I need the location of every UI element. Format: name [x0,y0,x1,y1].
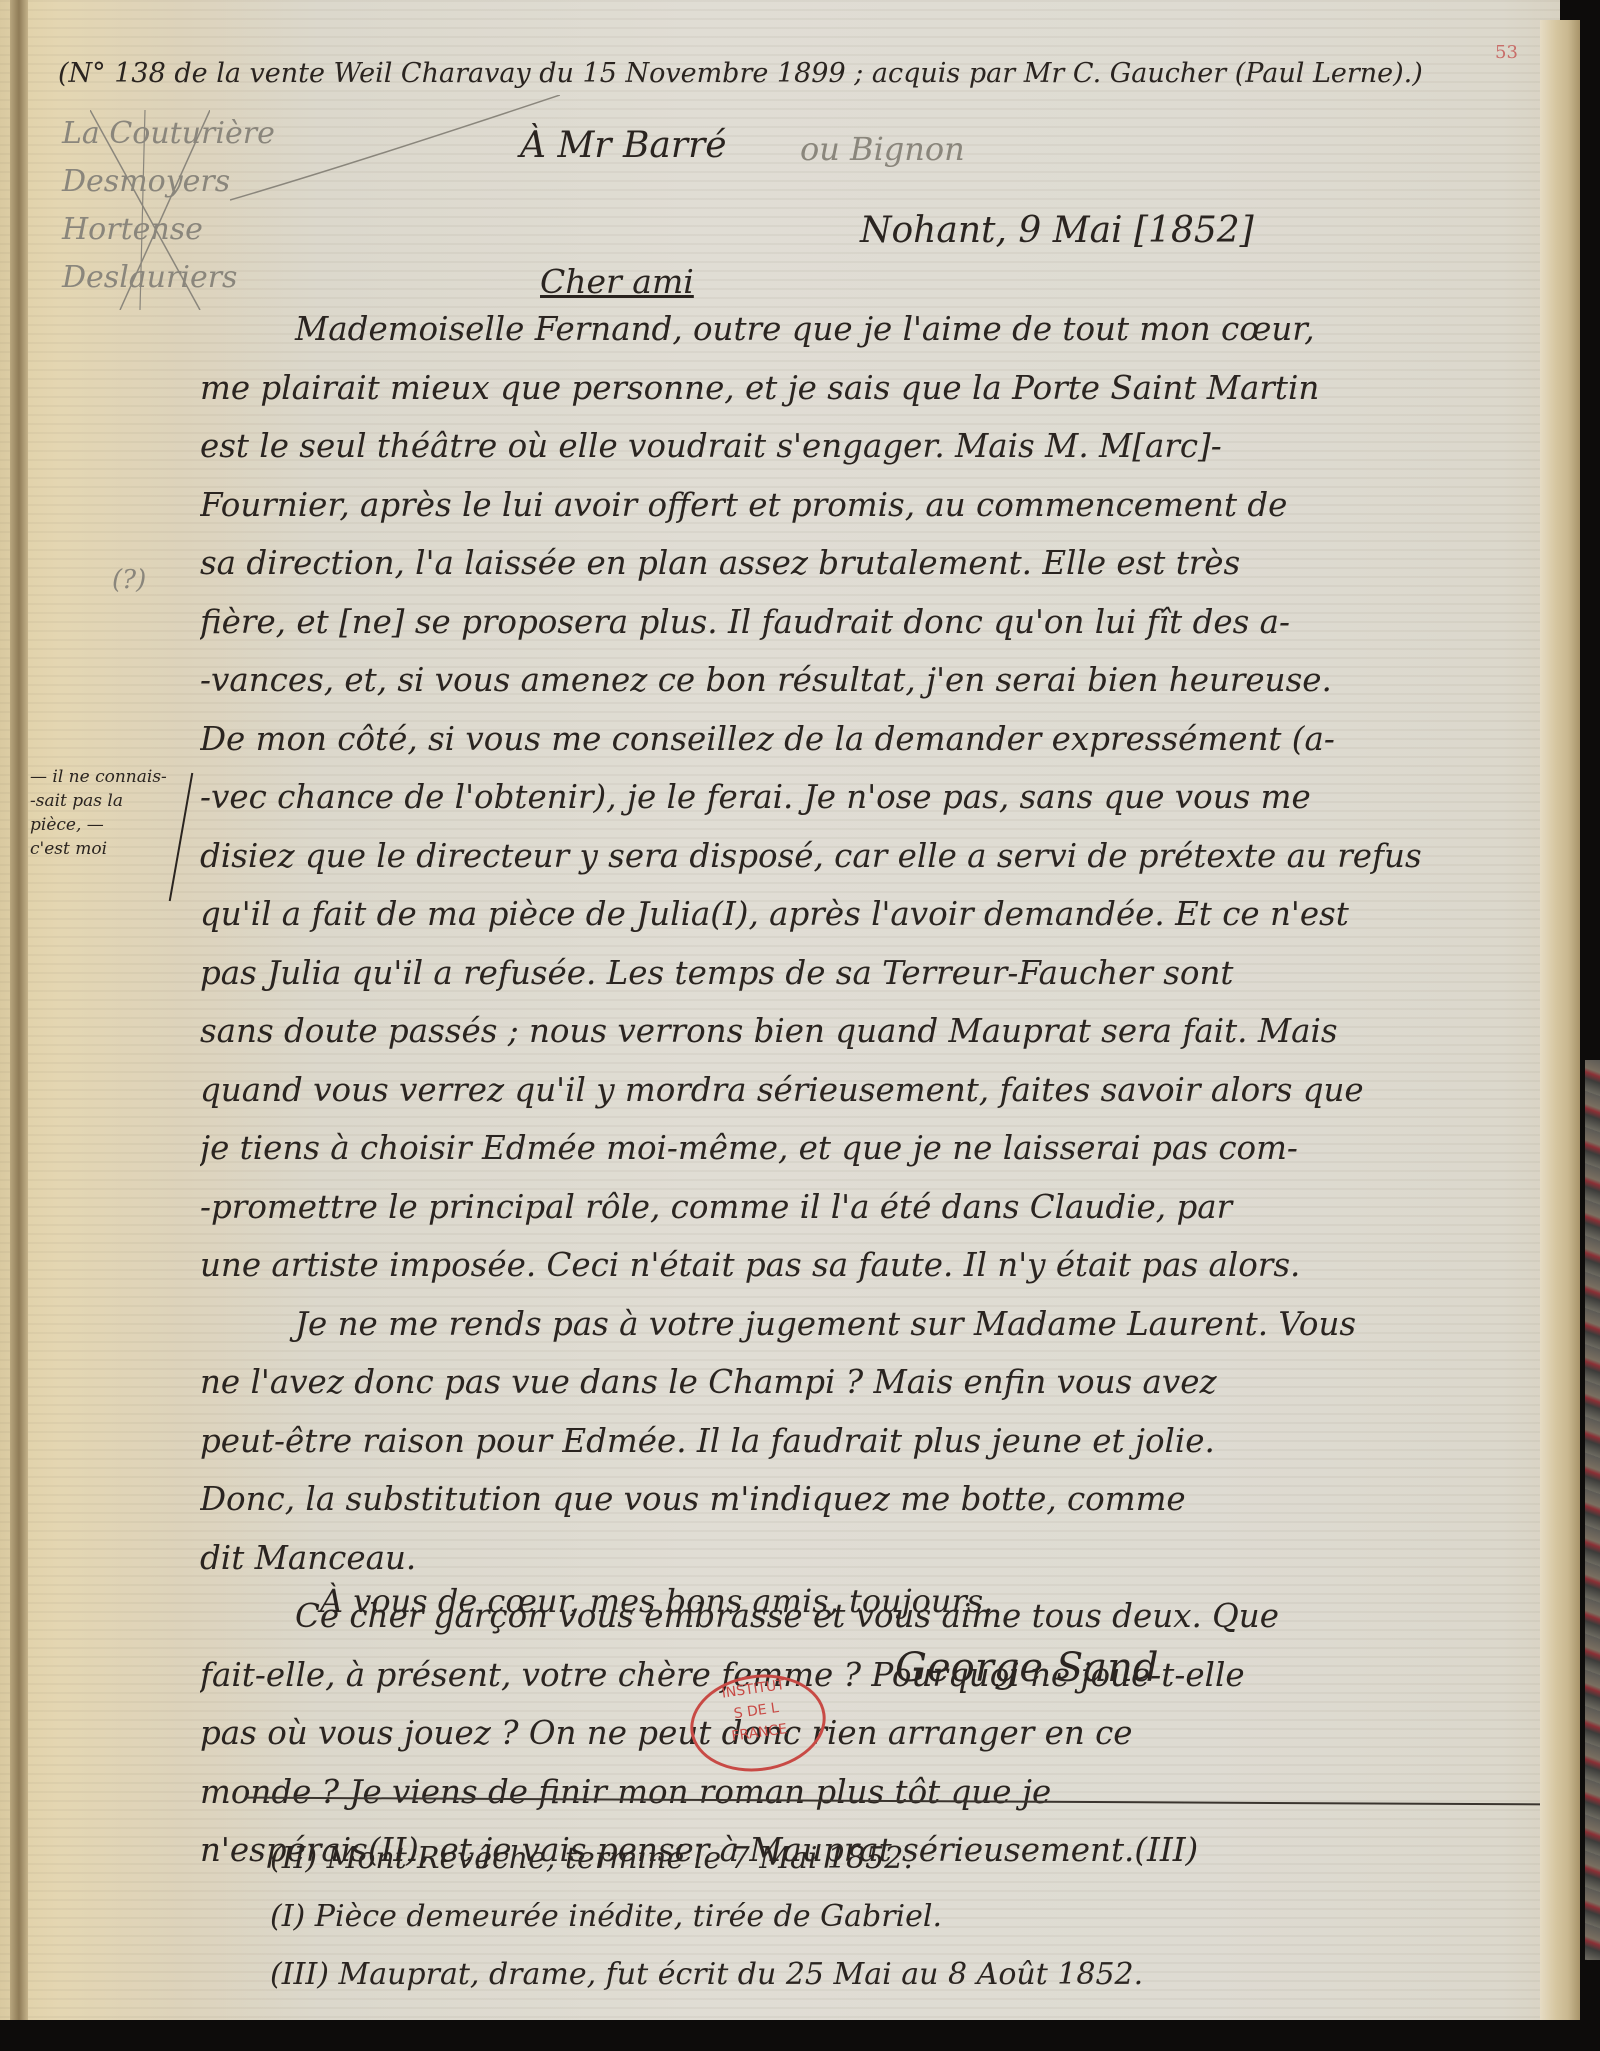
letter-line: -vec chance de l'obtenir), je le ferai. … [200,768,1530,827]
pencil-cross-mark [90,110,210,310]
salutation: Cher ami [540,262,694,301]
footnote: (III) Mauprat, drame, fut écrit du 25 Ma… [270,1946,1143,2004]
letter-line: qu'il a fait de ma pièce de Julia(I), ap… [200,885,1530,944]
margin-note-line: — il ne connais- [30,765,167,789]
footnotes: (II) Mont-Revêche, terminé le 7 Mai 1852… [270,1830,1143,2004]
letter-line: dit Manceau. [200,1529,1530,1588]
letter-line: Fournier, après le lui avoir offert et p… [200,476,1530,535]
letter-line: pas Julia qu'il a refusée. Les temps de … [200,944,1530,1003]
addressee-pencil-note: ou Bignon [800,130,965,168]
letter-line: sans doute passés ; nous verrons bien qu… [200,1002,1530,1061]
letter-line: fière, et [ne] se proposera plus. Il fau… [200,593,1530,652]
margin-note-line: -sait pas la [30,789,167,813]
letter-line: -promettre le principal rôle, comme il l… [200,1178,1530,1237]
letter-line: De mon côté, si vous me conseillez de la… [200,710,1530,769]
letter-line: Donc, la substitution que vous m'indique… [200,1470,1530,1529]
letter-line: quand vous verrez qu'il y mordra sérieus… [200,1061,1530,1120]
letter-line: Je ne me rends pas à votre jugement sur … [200,1295,1530,1354]
marbled-endpaper [1585,1060,1600,1960]
letter-line: Mademoiselle Fernand, outre que je l'aim… [200,300,1530,359]
pencil-connector-line [230,95,560,205]
manuscript-page: 53 (N° 138 de la vente Weil Charavay du … [0,0,1560,2020]
letter-line: je tiens à choisir Edmée moi-même, et qu… [200,1119,1530,1178]
page-stack-edge [1540,20,1580,2020]
margin-ink-note: — il ne connais- -sait pas la pièce, — c… [30,765,167,861]
letter-line: sa direction, l'a laissée en plan assez … [200,534,1530,593]
page-binding [10,0,28,2020]
letter-line: me plairait mieux que personne, et je sa… [200,359,1530,418]
margin-note-line: c'est moi [30,837,167,861]
closing: À vous de cœur, mes bons amis, toujours. [320,1582,993,1620]
dateline: Nohant, 9 Mai [1852] [860,210,1254,251]
margin-query: (?) [112,565,146,595]
letter-line: -vances, et, si vous amenez ce bon résul… [200,651,1530,710]
provenance-note: (N° 138 de la vente Weil Charavay du 15 … [58,58,1423,89]
letter-line: disiez que le directeur y sera disposé, … [200,827,1530,886]
folio-number: 53 [1495,42,1518,63]
signature: George Sand [895,1645,1158,1691]
letter-body: Mademoiselle Fernand, outre que je l'aim… [200,300,1530,1880]
letter-line: pas où vous jouez ? On ne peut donc rien… [200,1704,1530,1763]
letter-line: une artiste imposée. Ceci n'était pas sa… [200,1236,1530,1295]
letter-line: fait-elle, à présent, votre chère femme … [200,1646,1530,1705]
letter-line: est le seul théâtre où elle voudrait s'e… [200,417,1530,476]
letter-line: ne l'avez donc pas vue dans le Champi ? … [200,1353,1530,1412]
footnote: (II) Mont-Revêche, terminé le 7 Mai 1852… [270,1830,1143,1888]
addressee: À Mr Barré [520,125,727,166]
letter-line: peut-être raison pour Edmée. Il la faudr… [200,1412,1530,1471]
footnote: (I) Pièce demeurée inédite, tirée de Gab… [270,1888,1143,1946]
margin-note-line: pièce, — [30,813,167,837]
letter-line: monde ? Je viens de finir mon roman plus… [200,1763,1530,1822]
margin-bracket [169,773,194,901]
